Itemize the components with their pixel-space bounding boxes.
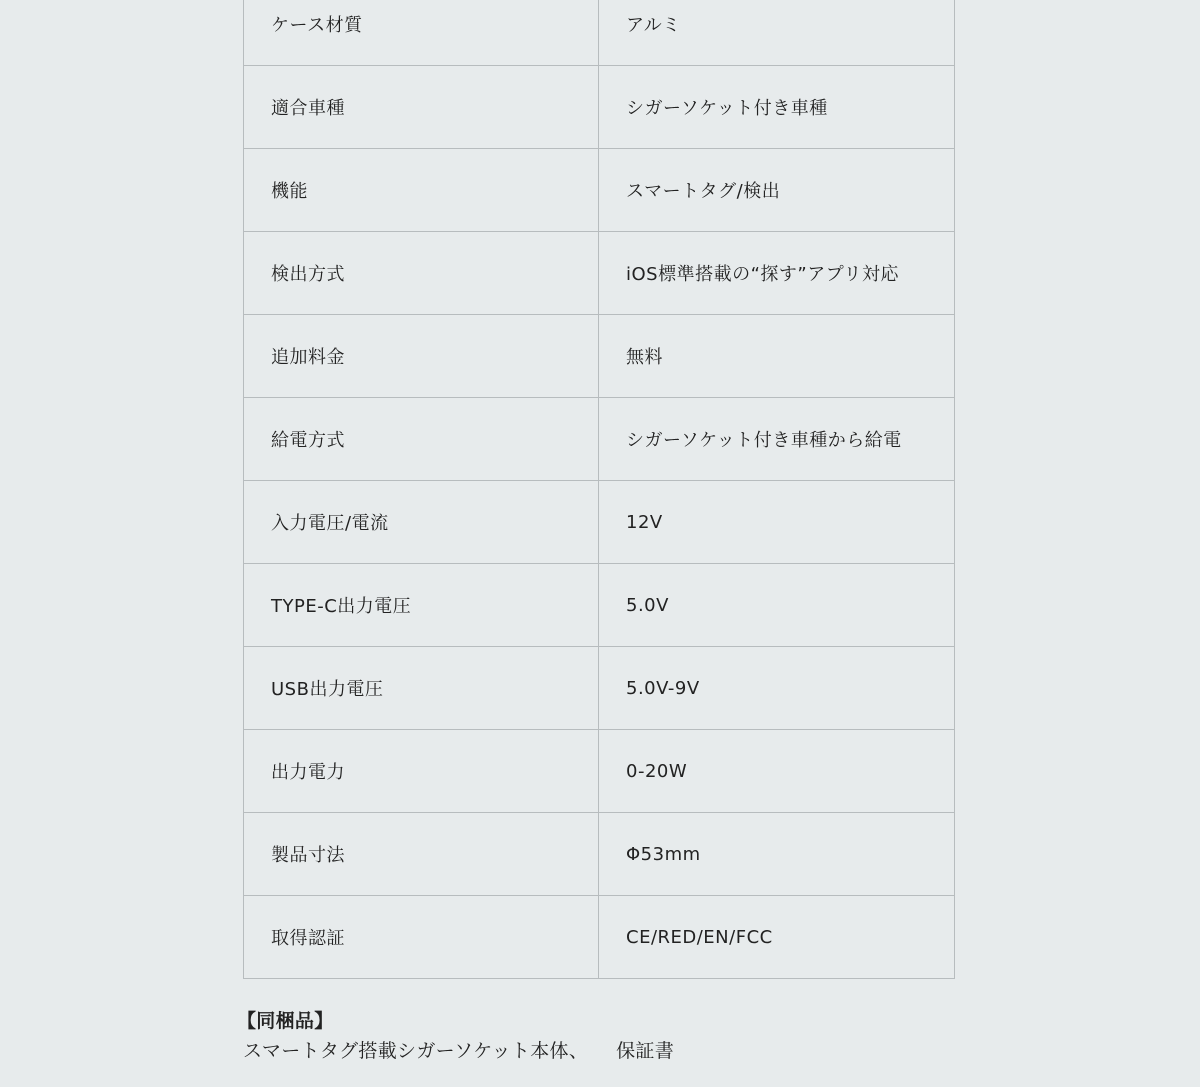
table-row: 製品寸法 Φ53mm xyxy=(244,813,955,896)
table-row: 入力電圧/電流 12V xyxy=(244,481,955,564)
table-row: TYPE-C出力電圧 5.0V xyxy=(244,564,955,647)
table-row: USB出力電圧 5.0V-9V xyxy=(244,647,955,730)
spec-label: 適合車種 xyxy=(244,66,599,149)
spec-label: USB出力電圧 xyxy=(244,647,599,730)
spec-label: ケース材質 xyxy=(244,0,599,66)
table-row: 適合車種 シガーソケット付き車種 xyxy=(244,66,955,149)
spec-value: 5.0V xyxy=(599,564,955,647)
spec-value: アルミ xyxy=(599,0,955,66)
spec-label: 製品寸法 xyxy=(244,813,599,896)
table-row: 追加料金 無料 xyxy=(244,315,955,398)
spec-label: TYPE-C出力電圧 xyxy=(244,564,599,647)
spec-value: 0-20W xyxy=(599,730,955,813)
table-row: 機能 スマートタグ/検出 xyxy=(244,149,955,232)
spec-value: iOS標準搭載の“探す”アプリ対応 xyxy=(599,232,955,315)
table-row: ケース材質 アルミ xyxy=(244,0,955,66)
spec-label: 追加料金 xyxy=(244,315,599,398)
bundle-item: スマートタグ搭載シガーソケット本体、 xyxy=(243,1040,588,1062)
spec-value: 無料 xyxy=(599,315,955,398)
bundle-heading: 【同梱品】 xyxy=(237,1006,674,1036)
spec-value: シガーソケット付き車種 xyxy=(599,66,955,149)
spec-value: Φ53mm xyxy=(599,813,955,896)
table-row: 取得認証 CE/RED/EN/FCC xyxy=(244,896,955,979)
table-row: 検出方式 iOS標準搭載の“探す”アプリ対応 xyxy=(244,232,955,315)
bundle-contents: 【同梱品】 スマートタグ搭載シガーソケット本体、保証書 xyxy=(243,1006,674,1066)
spec-value: 5.0V-9V xyxy=(599,647,955,730)
spec-value: CE/RED/EN/FCC xyxy=(599,896,955,979)
spec-label: 入力電圧/電流 xyxy=(244,481,599,564)
spec-label: 給電方式 xyxy=(244,398,599,481)
table-row: 出力電力 0-20W xyxy=(244,730,955,813)
spec-label: 取得認証 xyxy=(244,896,599,979)
bundle-items: スマートタグ搭載シガーソケット本体、保証書 xyxy=(243,1036,674,1066)
spec-label: 検出方式 xyxy=(244,232,599,315)
spec-table: ケース材質 アルミ 適合車種 シガーソケット付き車種 機能 スマートタグ/検出 … xyxy=(243,0,955,979)
spec-label: 機能 xyxy=(244,149,599,232)
bundle-item: 保証書 xyxy=(616,1040,674,1062)
spec-value: 12V xyxy=(599,481,955,564)
spec-value: シガーソケット付き車種から給電 xyxy=(599,398,955,481)
spec-label: 出力電力 xyxy=(244,730,599,813)
table-row: 給電方式 シガーソケット付き車種から給電 xyxy=(244,398,955,481)
spec-value: スマートタグ/検出 xyxy=(599,149,955,232)
